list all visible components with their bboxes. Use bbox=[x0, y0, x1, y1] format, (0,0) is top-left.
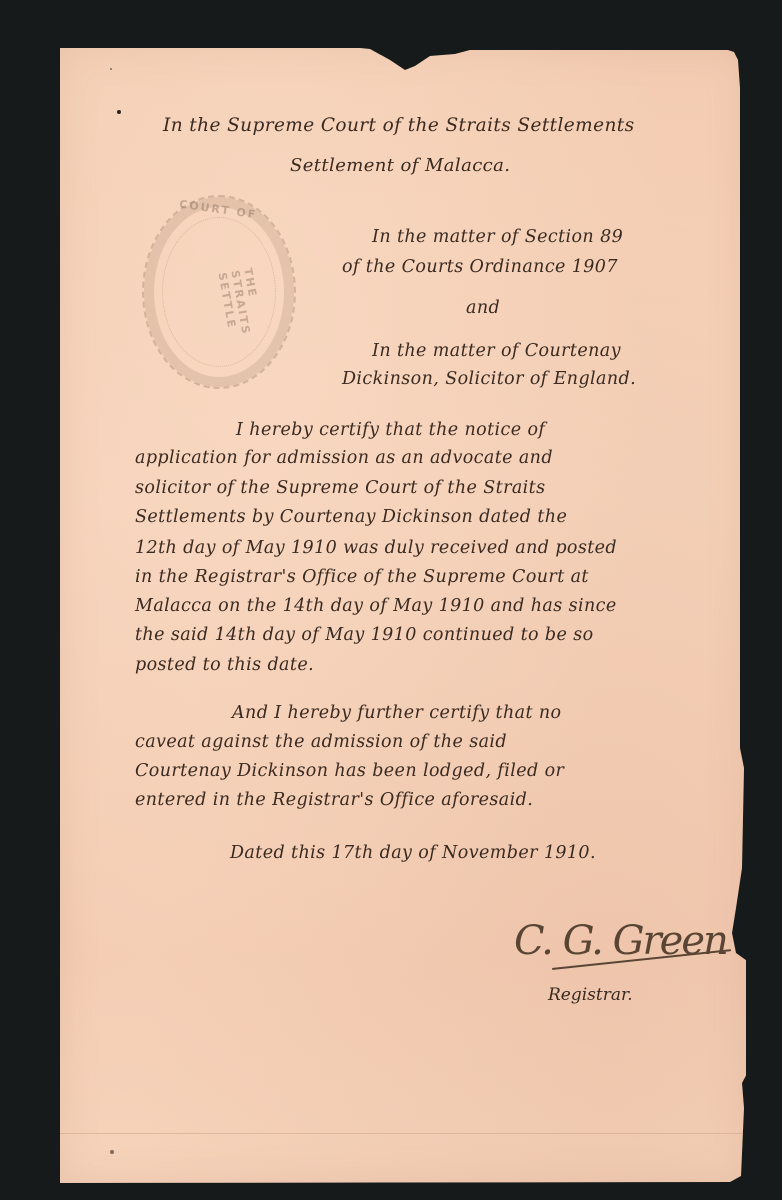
ink-speck bbox=[117, 110, 121, 114]
paragraph2-line: entered in the Registrar's Office afores… bbox=[135, 792, 533, 810]
dated-line: Dated this 17th day of November 1910. bbox=[230, 845, 596, 863]
matter-solicitor-line: Dickinson, Solicitor of England. bbox=[342, 371, 636, 389]
paragraph2-line: caveat against the admission of the said bbox=[135, 734, 507, 752]
paragraph1-line: the said 14th day of May 1910 continued … bbox=[135, 627, 594, 645]
matter-conjunction: and bbox=[466, 300, 500, 318]
matter-section-line: In the matter of Section 89 bbox=[372, 229, 623, 247]
paragraph2-line: Courtenay Dickinson has been lodged, fil… bbox=[135, 763, 564, 781]
paragraph1-line: in the Registrar's Office of the Supreme… bbox=[135, 569, 589, 587]
court-seal: COURT OF THE STRAITS SETTLE bbox=[142, 195, 296, 389]
paper-fold-line bbox=[60, 1133, 746, 1134]
paragraph1-line: Malacca on the 14th day of May 1910 and … bbox=[135, 598, 617, 616]
paragraph1-line: 12th day of May 1910 was duly received a… bbox=[135, 540, 617, 558]
paragraph1-line: solicitor of the Supreme Court of the St… bbox=[135, 480, 546, 498]
paragraph1-line: posted to this date. bbox=[135, 657, 314, 675]
registrar-signature: C. G. Green bbox=[514, 918, 727, 964]
settlement-heading: Settlement of Malacca. bbox=[290, 157, 510, 175]
matter-name-line: In the matter of Courtenay bbox=[372, 343, 621, 361]
matter-ordinance-line: of the Courts Ordinance 1907 bbox=[342, 259, 618, 277]
paragraph2-line: And I hereby further certify that no bbox=[232, 705, 561, 723]
registrar-title: Registrar. bbox=[548, 985, 633, 1005]
ink-speck bbox=[110, 1150, 114, 1154]
ink-speck bbox=[110, 68, 112, 70]
paragraph1-line: application for admission as an advocate… bbox=[135, 450, 553, 468]
paragraph1-line: Settlements by Courtenay Dickinson dated… bbox=[135, 509, 567, 527]
court-heading: In the Supreme Court of the Straits Sett… bbox=[163, 117, 634, 136]
paragraph1-line: I hereby certify that the notice of bbox=[236, 422, 545, 440]
